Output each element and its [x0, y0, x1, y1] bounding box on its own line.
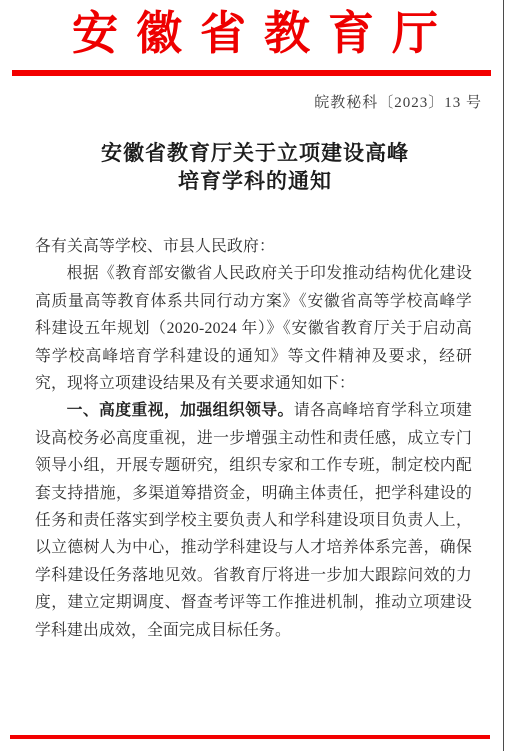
document-title-line2: 培育学科的通知	[0, 167, 510, 195]
document-title: 安徽省教育厅关于立项建设高峰 培育学科的通知	[0, 139, 510, 195]
paragraph-basis: 根据《教育部安徽省人民政府关于印发推动结构优化建设高质量高等教育体系共同行动方案…	[35, 260, 472, 397]
doc-number: 皖教秘科〔2023〕13 号	[0, 91, 510, 112]
footer-double-rule	[10, 735, 490, 739]
header-double-rule	[12, 70, 491, 76]
document-title-line1: 安徽省教育厅关于立项建设高峰	[0, 139, 510, 167]
salutation: 各有关高等学校、市县人民政府：	[35, 233, 472, 260]
paragraph-section-one: 一、高度重视，加强组织领导。请各高峰培育学科立项建设高校务必高度重视，进一步增强…	[35, 397, 472, 644]
page-edge-line	[503, 0, 504, 751]
document-body: 各有关高等学校、市县人民政府： 根据《教育部安徽省人民政府关于印发推动结构优化建…	[35, 233, 472, 644]
document-page: 安徽省教育厅 皖教秘科〔2023〕13 号 安徽省教育厅关于立项建设高峰 培育学…	[0, 0, 510, 751]
paragraph-section-one-heading: 一、高度重视，加强组织领导。	[67, 402, 294, 419]
paragraph-section-one-text: 请各高峰培育学科立项建设高校务必高度重视，进一步增强主动性和责任感，成立专门领导…	[35, 402, 472, 638]
paragraph-basis-text: 根据《教育部安徽省人民政府关于印发推动结构优化建设高质量高等教育体系共同行动方案…	[35, 265, 472, 392]
agency-masthead: 安徽省教育厅	[0, 5, 510, 63]
